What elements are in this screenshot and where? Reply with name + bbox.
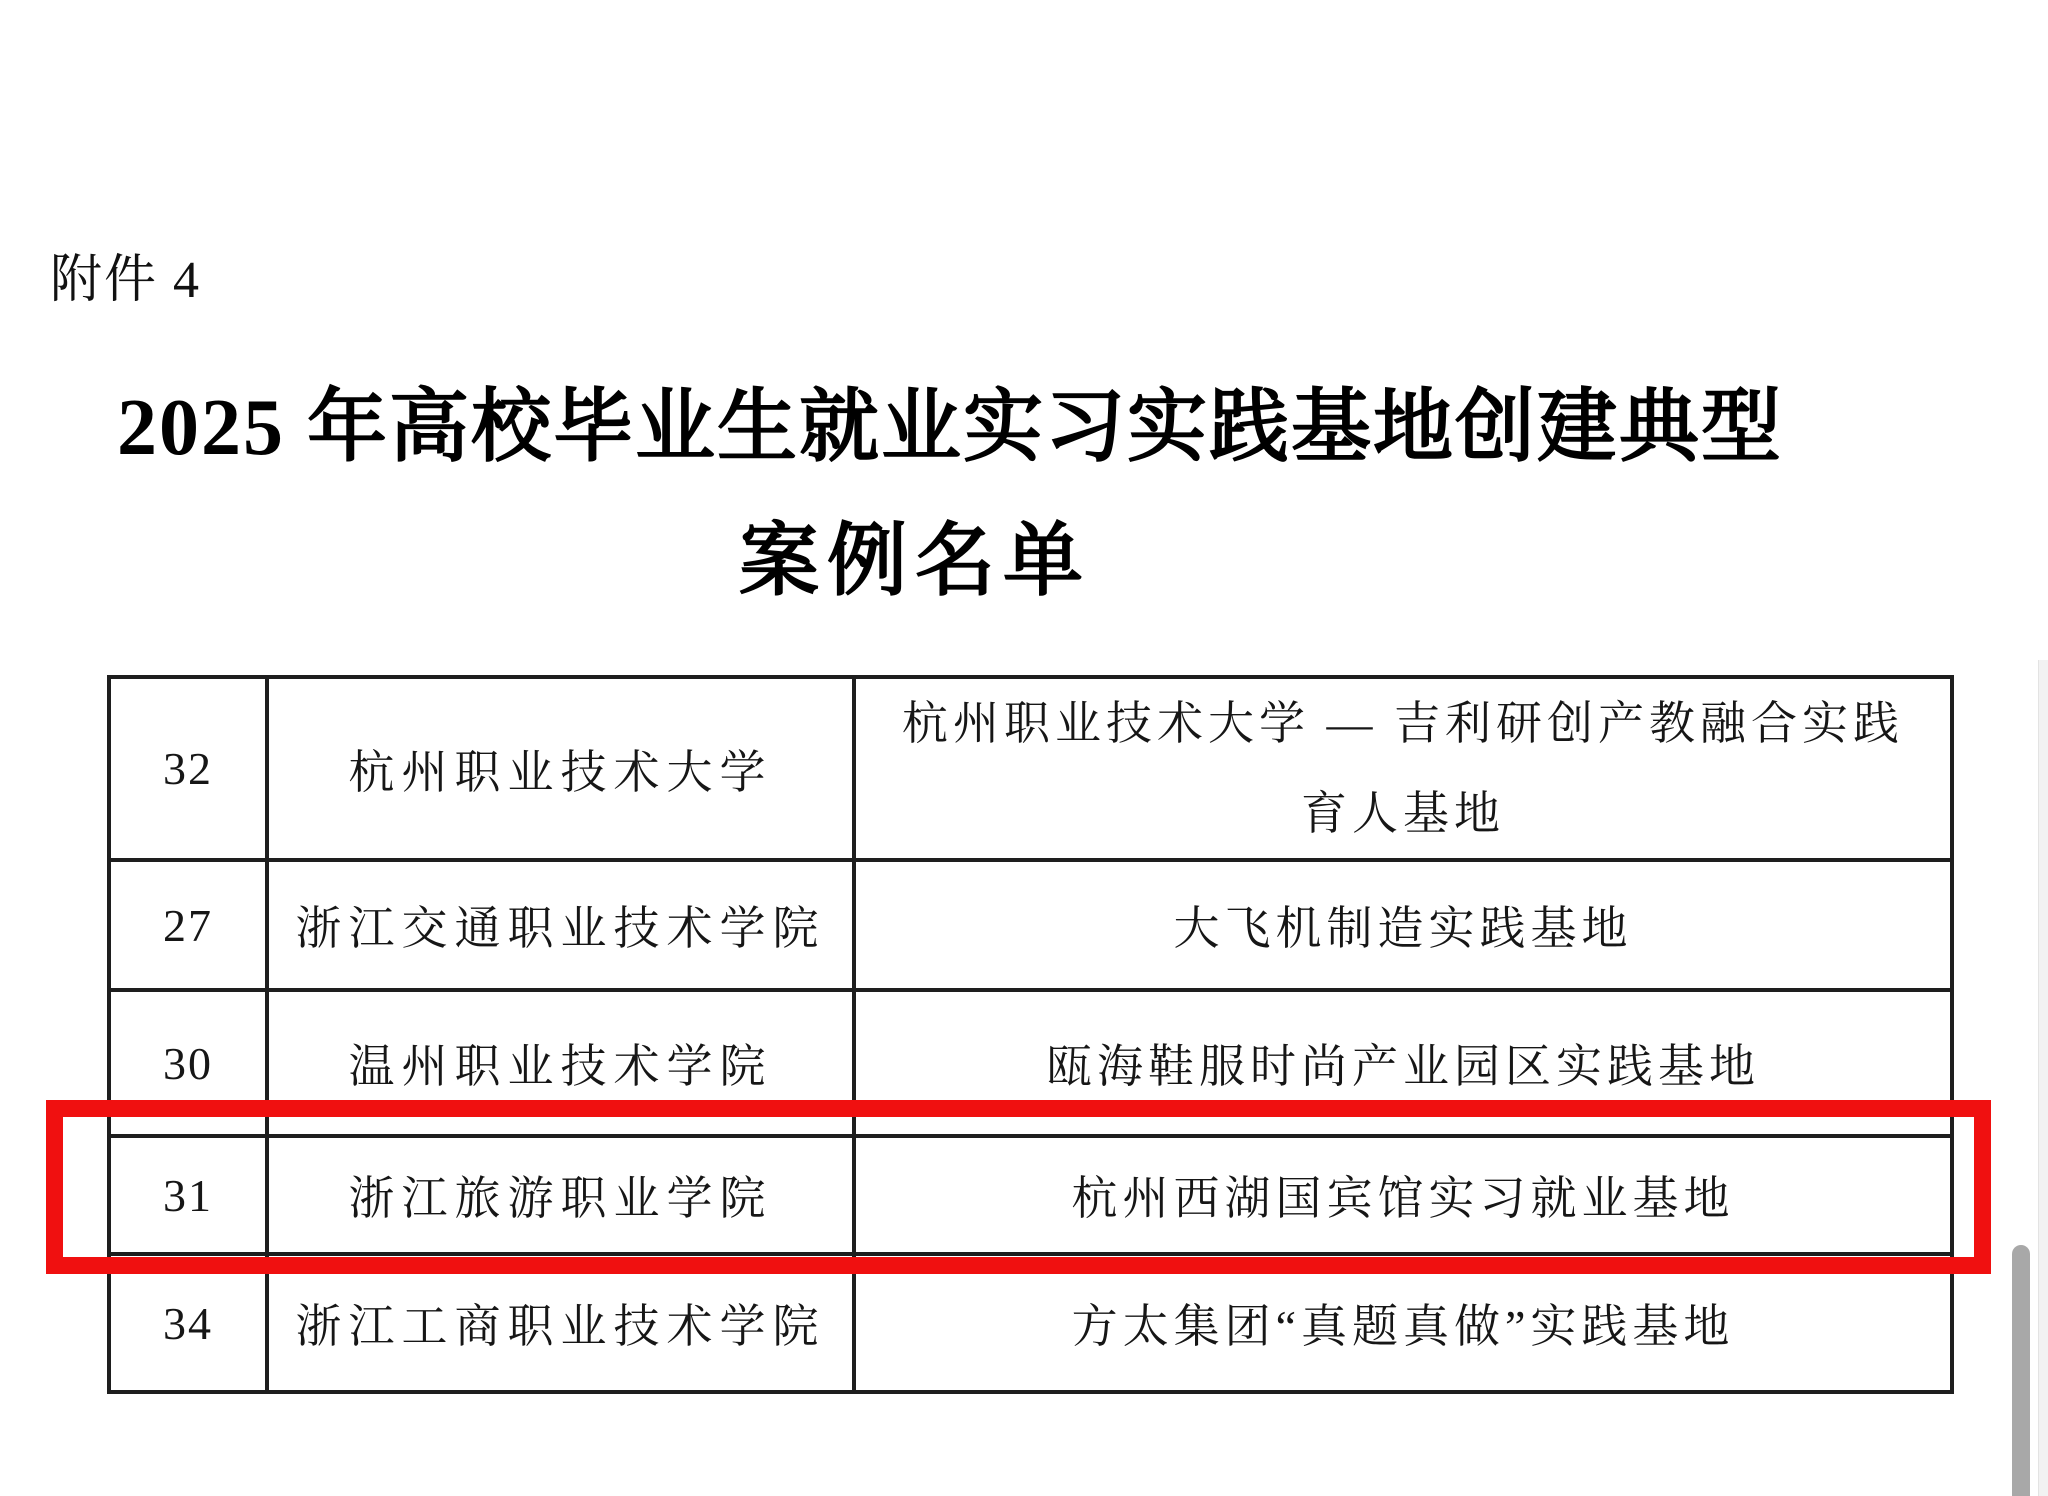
base-name-line2: 育人基地 [856,769,1950,859]
cases-table: 32 杭州职业技术大学 杭州职业技术大学 — 吉利研创产教融合实践 育人基地 2… [107,675,1954,1394]
document-title-line1: 2025 年高校毕业生就业实习实践基地创建典型 [0,362,1900,477]
school-name: 浙江交通职业技术学院 [267,860,854,990]
table-row-27: 27 浙江交通职业技术学院 大飞机制造实践基地 [109,860,1952,990]
case-number: 30 [109,990,267,1136]
table-row-31-highlighted: 31 浙江旅游职业学院 杭州西湖国宾馆实习就业基地 [109,1136,1952,1254]
base-name-line1: 杭州职业技术大学 — 吉利研创产教融合实践 [856,679,1950,769]
school-name: 浙江旅游职业学院 [267,1136,854,1254]
case-number: 31 [109,1136,267,1254]
base-name: 瓯海鞋服时尚产业园区实践基地 [854,990,1952,1136]
case-number: 32 [109,677,267,860]
attachment-label: 附件 4 [50,250,201,312]
base-name: 杭州职业技术大学 — 吉利研创产教融合实践 育人基地 [854,677,1952,860]
document-page: 附件 4 2025 年高校毕业生就业实习实践基地创建典型 案例名单 32 杭州职… [0,0,2048,1496]
school-name: 浙江工商职业技术学院 [267,1254,854,1392]
scrollbar-thumb[interactable] [2012,1245,2030,1496]
table-row-32: 32 杭州职业技术大学 杭州职业技术大学 — 吉利研创产教融合实践 育人基地 [109,677,1952,860]
table-row-30: 30 温州职业技术学院 瓯海鞋服时尚产业园区实践基地 [109,990,1952,1136]
case-number: 27 [109,860,267,990]
document-title-line2: 案例名单 [0,496,1830,611]
scrollbar-track[interactable] [2038,660,2048,1496]
school-name: 温州职业技术学院 [267,990,854,1136]
table-row-34: 34 浙江工商职业技术学院 方太集团“真题真做”实践基地 [109,1254,1952,1392]
base-name: 方太集团“真题真做”实践基地 [854,1254,1952,1392]
base-name: 大飞机制造实践基地 [854,860,1952,990]
document-viewer: { "document": { "attachment_label": "附件 … [0,0,2048,1496]
school-name: 杭州职业技术大学 [267,677,854,860]
case-number: 34 [109,1254,267,1392]
base-name: 杭州西湖国宾馆实习就业基地 [854,1136,1952,1254]
